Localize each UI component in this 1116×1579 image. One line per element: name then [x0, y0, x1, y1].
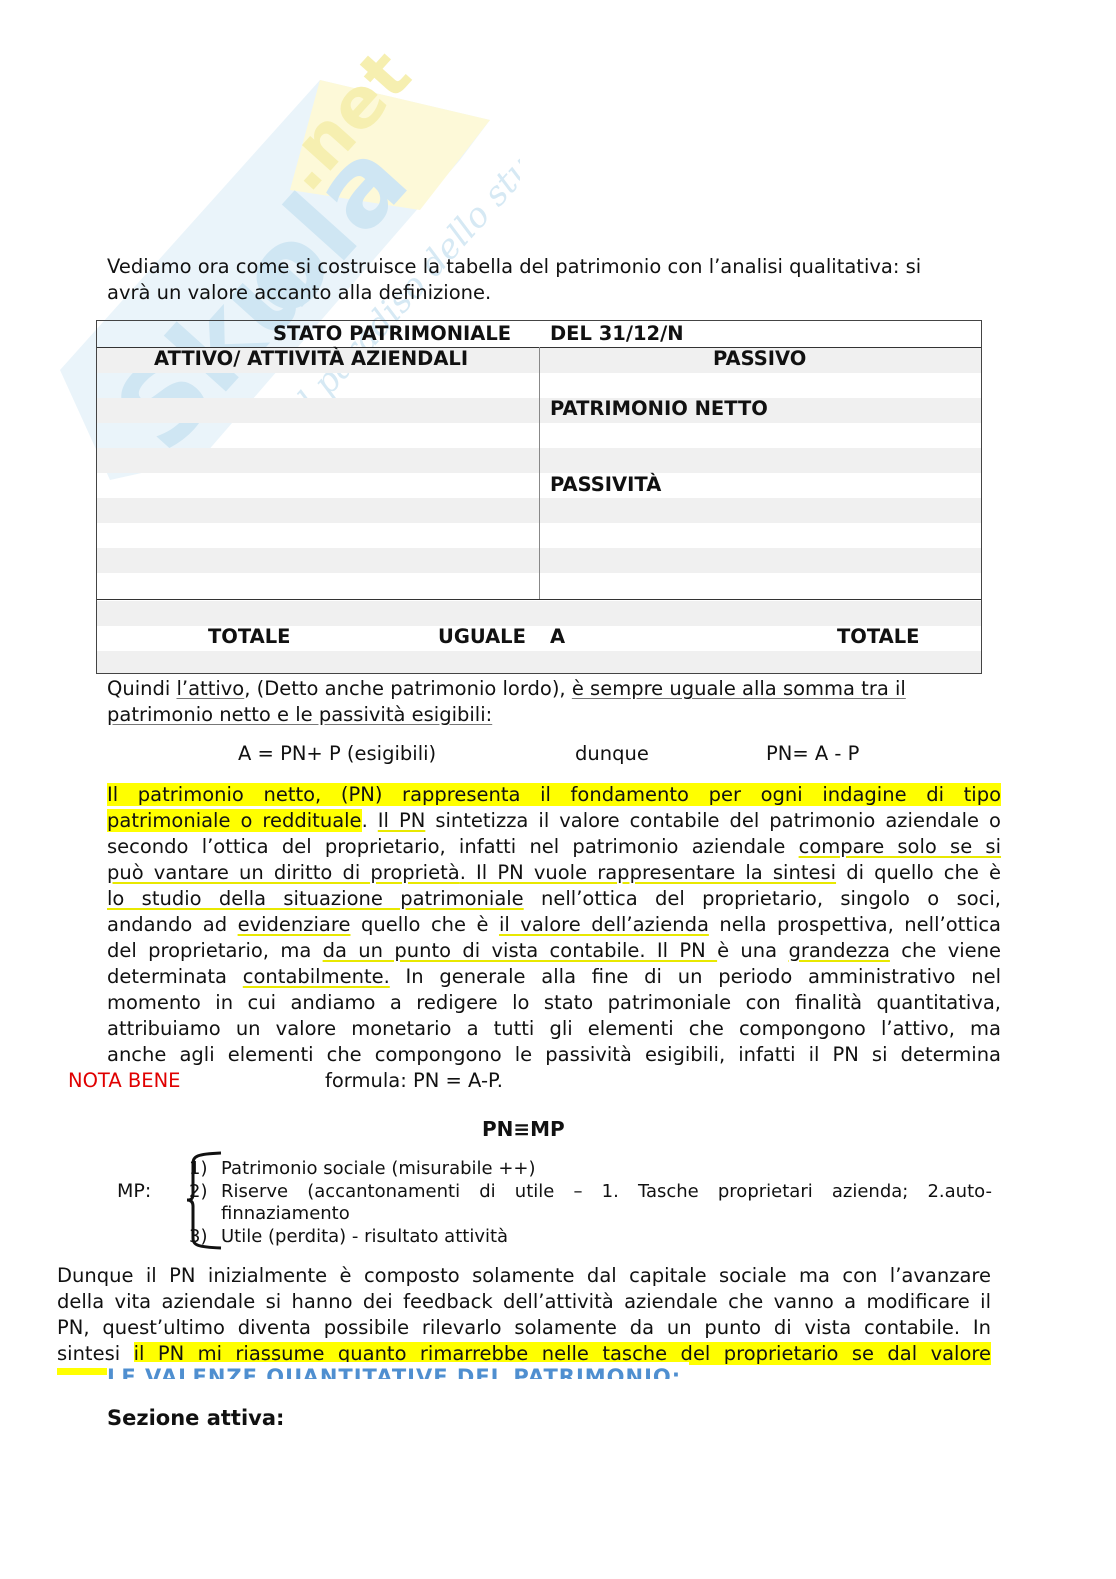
footer-a: A [550, 625, 565, 648]
pn-mp-equation: PN≡MP [482, 1117, 565, 1141]
column-header-attivo: ATTIVO/ ATTIVITÀ AZIENDALI [154, 347, 468, 370]
intro-line-2: avrà un valore accanto alla definizione. [107, 280, 987, 306]
footer-totale-left: TOTALE [208, 625, 291, 648]
column-divider [539, 347, 540, 599]
pn-paragraph: Il patrimonio netto, (PN) rappresenta il… [107, 782, 1001, 1094]
section-subheading: Sezione attiva: [107, 1406, 284, 1430]
mp-item: 3)Utile (perdita) - risultato attività [189, 1226, 992, 1249]
footer-totale-right: TOTALE [837, 625, 920, 648]
nota-bene-label: NOTA BENE [68, 1069, 180, 1092]
mp-label: MP: [117, 1180, 151, 1202]
dunque-paragraph: Dunque il PN inizialmente è composto sol… [57, 1263, 991, 1367]
stato-patrimoniale-table: STATO PATRIMONIALE DEL 31/12/N ATTIVO/ A… [96, 320, 982, 674]
mp-item: 1)Patrimonio sociale (misurabile ++) [189, 1158, 992, 1181]
mp-item: 2)Riserve (accantonamenti di utile – 1. … [189, 1181, 992, 1204]
formula-connector: dunque [575, 741, 649, 767]
formula-pn: PN= A - P [766, 741, 859, 767]
intro-line-1: Vediamo ora come si costruisce la tabell… [107, 254, 987, 280]
svg-text:ola: ola [211, 116, 432, 341]
item-patrimonio-netto: PATRIMONIO NETTO [550, 397, 768, 420]
table-title-row: STATO PATRIMONIALE DEL 31/12/N [97, 321, 981, 348]
table-title: STATO PATRIMONIALE [273, 322, 511, 345]
table-date: DEL 31/12/N [550, 322, 684, 345]
footer-uguale: UGUALE [438, 625, 526, 648]
formula-attivo: A = PN+ P (esigibili) [238, 741, 436, 767]
column-header-passivo: PASSIVO [713, 347, 806, 370]
section-heading: LE VALENZE QUANTITATIVE DEL PATRIMONIO: [107, 1362, 689, 1379]
mp-list: 1)Patrimonio sociale (misurabile ++) 2)R… [189, 1158, 992, 1248]
item-passivita: PASSIVITÀ [550, 473, 661, 496]
attivo-paragraph: Quindi l’attivo, (Detto anche patrimonio… [107, 676, 987, 728]
svg-text:.net: .net [260, 40, 426, 206]
intro-paragraph: Vediamo ora come si costruisce la tabell… [107, 254, 987, 306]
